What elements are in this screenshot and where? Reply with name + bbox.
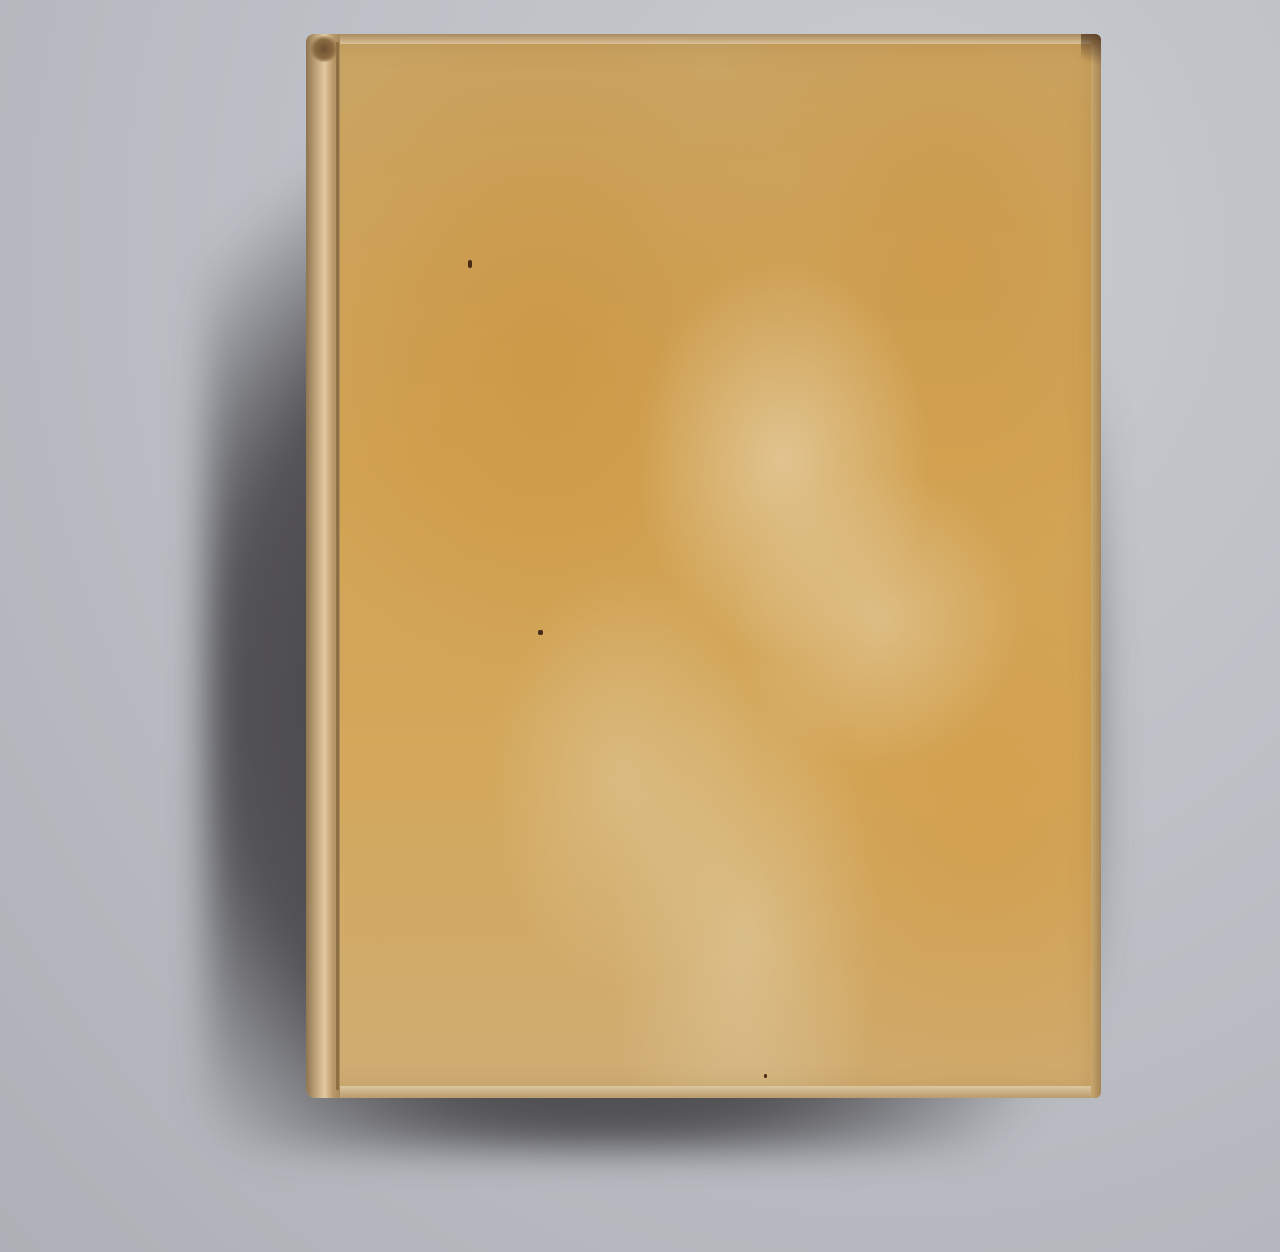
vellum-book-cover	[306, 34, 1101, 1098]
book-fore-edge	[1091, 34, 1101, 1098]
cover-speck	[468, 260, 472, 268]
book-bottom-edge	[306, 1086, 1101, 1098]
worn-corner-top-right	[1081, 34, 1101, 74]
photo-scene	[0, 0, 1280, 1252]
book-top-edge	[306, 34, 1101, 44]
cover-speck	[538, 630, 543, 635]
book-spine	[306, 34, 340, 1098]
spine-hinge	[336, 42, 339, 1090]
worn-corner-top-left	[310, 36, 338, 62]
cover-speck	[764, 1074, 767, 1078]
